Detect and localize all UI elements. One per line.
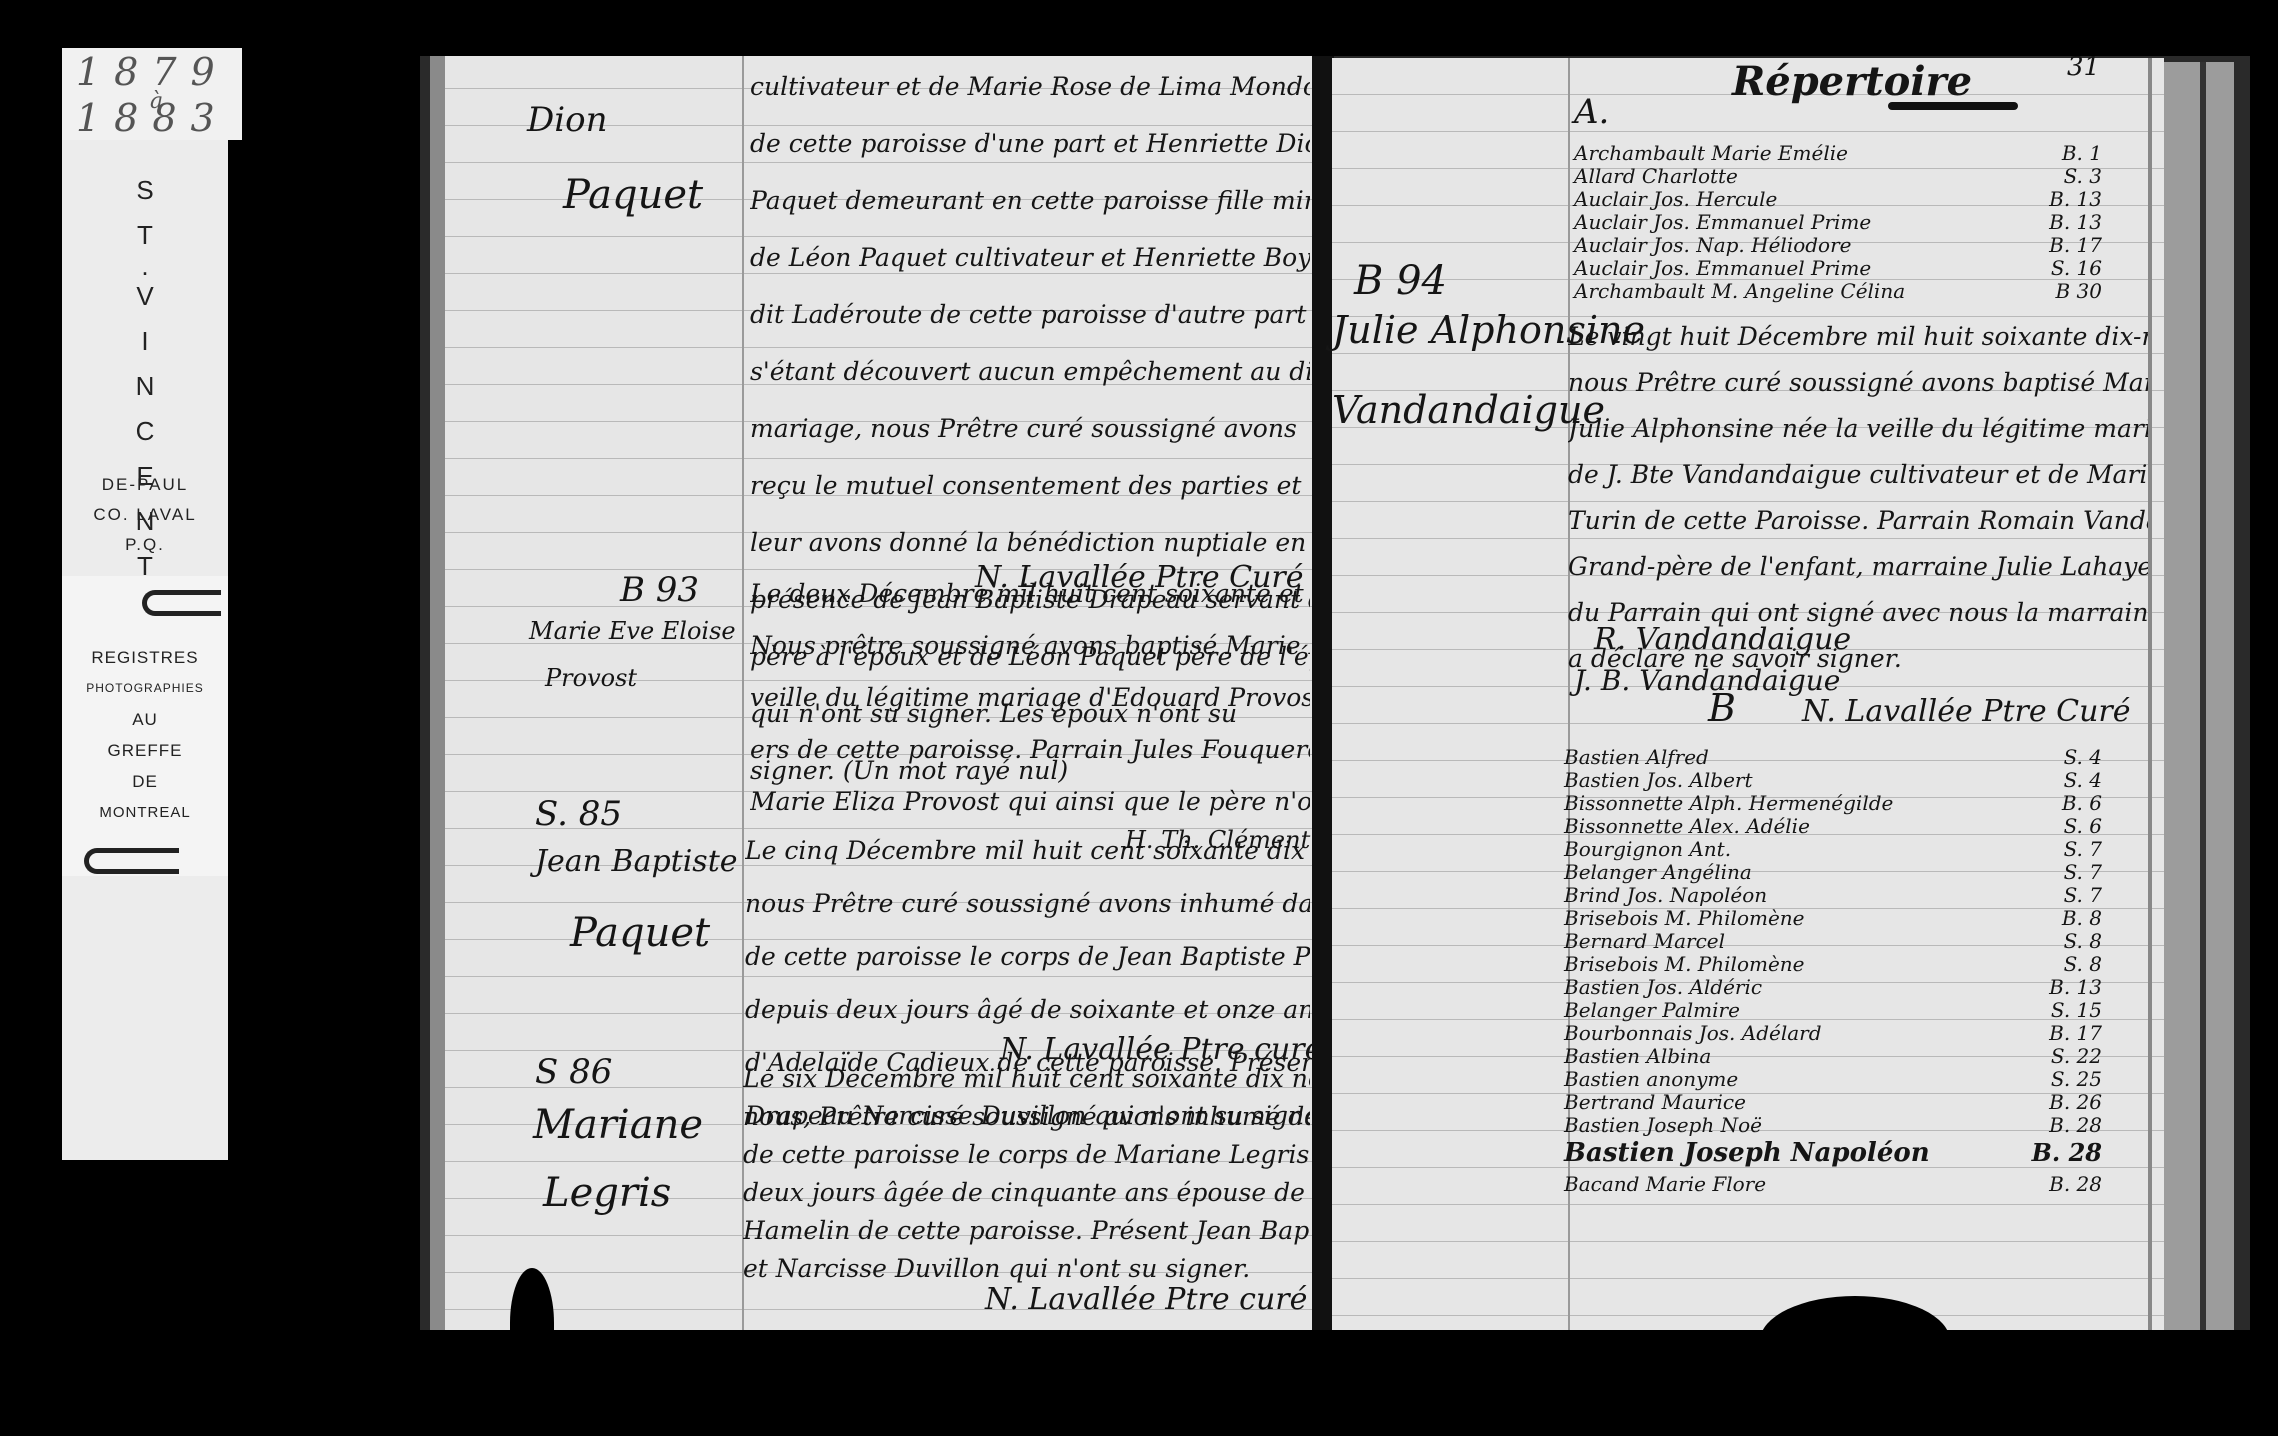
index-ref: S. 4 (2022, 769, 2102, 792)
paperclip-icon (84, 848, 179, 874)
index-name: Bastien Joseph Noë (1564, 1114, 2034, 1137)
page-edge-rule (2148, 58, 2152, 1358)
priest-signature: N. Lavallée Ptre Curé (1802, 694, 2131, 729)
left-page: Dion Paquet cultivateur et de Marie Rose… (445, 52, 1315, 1362)
index-ref: B. 26 (2022, 1091, 2102, 1114)
index-name: Brind Jos. Napoléon (1564, 884, 2034, 907)
index-name: Bourgignon Ant. (1564, 838, 2034, 861)
page-number: 31 (2067, 52, 2100, 82)
index-name: Bacand Marie Flore (1564, 1169, 2034, 1199)
index-name: Bastien Jos. Albert (1564, 769, 2034, 792)
index-ref: S. 7 (2022, 861, 2102, 884)
entry-text: Le deux Décembre mil huit cent soixante … (750, 568, 1310, 828)
registry-label-text: REGISTRES PHOTOGRAPHIES AU GREFFE DE MON… (62, 642, 228, 828)
index-name: Brisebois M. Philomène (1564, 907, 2034, 930)
index-name: Auclair Jos. Emmanuel Prime (1574, 257, 2024, 280)
index-letter-b: B (1708, 686, 1736, 730)
thumb-shadow (510, 1268, 554, 1378)
index-name: Bastien Albina (1564, 1045, 2034, 1068)
index-ref: B. 28 (2022, 1114, 2102, 1137)
page-edge-shadow (2200, 62, 2206, 1352)
index-ref: B. 13 (2022, 976, 2102, 999)
index-name: Bissonnette Alex. Adélie (1564, 815, 2034, 838)
margin-name: Legris (543, 1170, 671, 1216)
index-name: Bastien Jos. Aldéric (1564, 976, 2034, 999)
index-refs-a: B. 1 S. 3 B. 13 B. 13 B. 17 S. 16 B 30 (2022, 142, 2102, 303)
index-title: Répertoire (1732, 58, 1972, 105)
index-list-a: Archambault Marie Emélie Allard Charlott… (1574, 142, 2024, 303)
index-ref: S. 15 (2022, 999, 2102, 1022)
index-ref: B. 28 (2022, 1169, 2102, 1199)
index-name: Bernard Marcel (1564, 930, 2034, 953)
year-end: 1883 (76, 98, 229, 138)
index-ref: B. 13 (2022, 188, 2102, 211)
margin-name: Dion (527, 100, 608, 140)
right-page: 31 Répertoire A. Archambault Marie Eméli… (1332, 58, 2164, 1358)
index-name: Belanger Palmire (1564, 999, 2034, 1022)
index-name: Belanger Angélina (1564, 861, 2034, 884)
entry-number: B 94 (1354, 258, 1447, 304)
left-page-edges (430, 50, 446, 1350)
margin-name: Provost (545, 664, 637, 692)
entry-number: S 86 (535, 1052, 612, 1092)
index-ref: S. 7 (2022, 838, 2102, 861)
index-name: Brisebois M. Philomène (1564, 953, 2034, 976)
index-name: Allard Charlotte (1574, 165, 2024, 188)
index-refs-b: S. 4 S. 4 B. 6 S. 6 S. 7 S. 7 S. 7 B. 8 … (2022, 746, 2102, 1199)
index-name: Bertrand Maurice (1564, 1091, 2034, 1114)
registry-label: REGISTRES PHOTOGRAPHIES AU GREFFE DE MON… (62, 576, 228, 876)
index-ref: S. 25 (2022, 1068, 2102, 1091)
index-ref: B. 6 (2022, 792, 2102, 815)
index-name: Auclair Jos. Emmanuel Prime (1574, 211, 2024, 234)
index-ref: B. 8 (2022, 907, 2102, 930)
right-page-edges (2164, 62, 2234, 1352)
index-ref: B 30 (2022, 280, 2102, 303)
margin-name: Vandandaigue (1332, 388, 1605, 432)
index-name: Auclair Jos. Nap. Héliodore (1574, 234, 2024, 257)
index-name: Bastien anonyme (1564, 1068, 2034, 1091)
title-underline (1888, 102, 2018, 110)
entry-number: B 93 (620, 570, 699, 610)
index-ref: S. 22 (2022, 1045, 2102, 1068)
index-ref: S. 16 (2022, 257, 2102, 280)
parish-county-label: DE-PAUL CO. LAVAL P.Q. (62, 470, 228, 560)
margin-name: Marie Eve Eloise (529, 617, 736, 645)
book-gutter (1312, 40, 1334, 1380)
index-ref: S. 3 (2022, 165, 2102, 188)
index-ref: S. 8 (2022, 953, 2102, 976)
index-ref: B. 17 (2022, 1022, 2102, 1045)
bottom-shadow (420, 1330, 2278, 1436)
index-ref: S. 6 (2022, 815, 2102, 838)
year-range-label: 1879 à 1883 (62, 48, 242, 140)
margin-name: Paquet (563, 172, 703, 218)
index-ref: B. 13 (2022, 211, 2102, 234)
index-ref: B. 1 (2022, 142, 2102, 165)
index-letter-a: A. (1574, 92, 1609, 132)
index-name: Bastien Alfred (1564, 746, 2034, 769)
index-ref: S. 8 (2022, 930, 2102, 953)
index-name: Archambault Marie Emélie (1574, 142, 2024, 165)
index-name: Bissonnette Alph. Hermenégilde (1564, 792, 2034, 815)
top-shadow (420, 30, 2278, 56)
entry-number: S. 85 (535, 794, 622, 834)
entry-text: Le six Décembre mil huit cent soixante d… (743, 1060, 1310, 1288)
index-ref: S. 4 (2022, 746, 2102, 769)
index-name: Auclair Jos. Hercule (1574, 188, 2024, 211)
index-name: Archambault M. Angeline Célina (1574, 280, 2024, 303)
index-name: Bourbonnais Jos. Adélard (1564, 1022, 2034, 1045)
index-ref: B. 17 (2022, 234, 2102, 257)
index-ref: B. 28 (2022, 1137, 2102, 1169)
margin-name: Paquet (570, 910, 710, 956)
margin-name: Mariane (533, 1102, 703, 1148)
margin-name: Jean Baptiste (535, 844, 738, 879)
index-name: Bastien Joseph Napoléon (1564, 1137, 2034, 1169)
signature: R. Vandandaigue (1594, 622, 1851, 657)
paperclip-icon (142, 590, 221, 616)
signature: N. Lavallée Ptre curé (985, 1282, 1307, 1317)
thumb-shadow (1760, 1296, 1950, 1386)
index-ref: S. 7 (2022, 884, 2102, 907)
index-list-b: Bastien Alfred Bastien Jos. Albert Bisso… (1564, 746, 2034, 1199)
